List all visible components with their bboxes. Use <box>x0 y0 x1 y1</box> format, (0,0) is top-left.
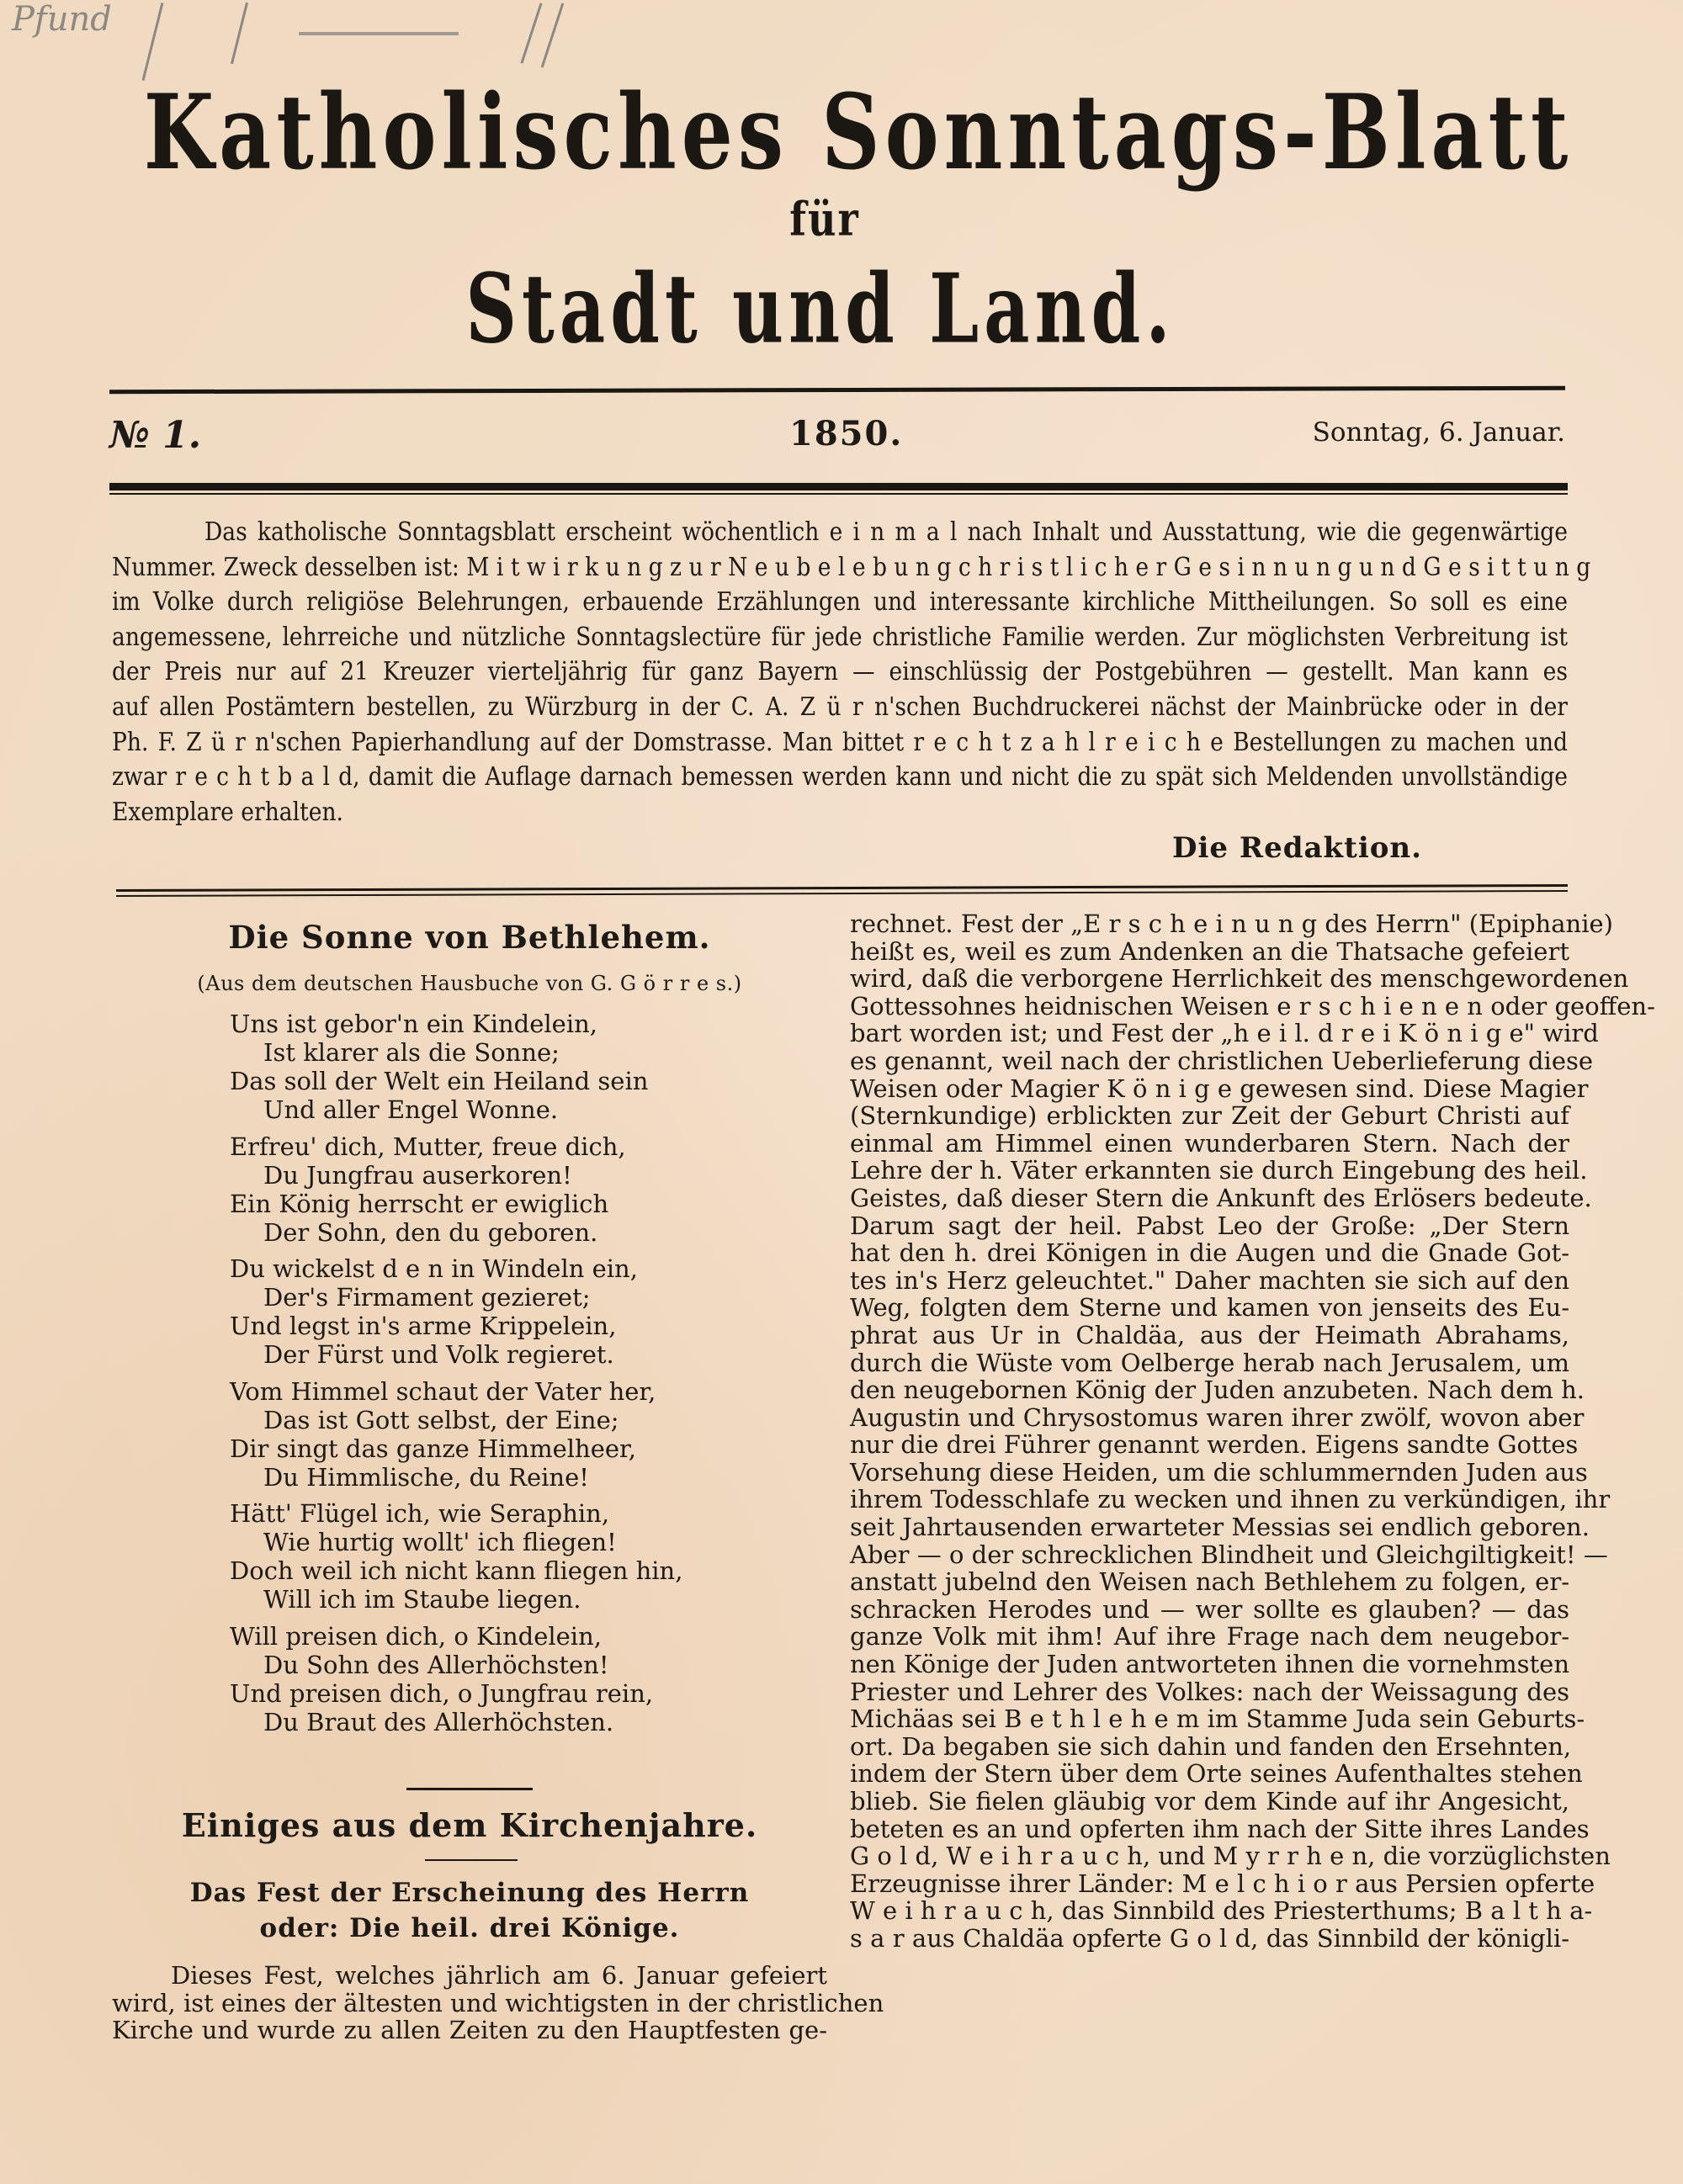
text-line: Geistes, daß dieser Stern die Ankunft de… <box>850 1185 1569 1212</box>
text-line: ganze Volk mit ihm! Auf ihre Frage nach … <box>850 1623 1569 1651</box>
verse-line: Der's Firmament gezieret; <box>230 1283 682 1312</box>
article-subtitle-line2: oder: Die heil. drei Könige. <box>112 1913 827 1943</box>
pencil-mark <box>541 3 565 67</box>
pencil-dash <box>299 32 459 35</box>
verse-line: Erfreu' dich, Mutter, freue dich, <box>230 1132 682 1161</box>
verse-line: Du wickelst d e n in Windeln ein, <box>230 1254 682 1283</box>
right-column: rechnet. Fest der „E r s c h e i n u n g… <box>850 910 1569 1953</box>
text-line: phrat aus Ur in Chaldäa, aus der Heimath… <box>850 1322 1569 1349</box>
short-divider <box>406 1788 533 1790</box>
text-line: schracken Herodes und — wer sollte es gl… <box>850 1596 1569 1624</box>
verse-line: Will preisen dich, o Kindelein, <box>230 1622 682 1651</box>
issue-year: 1850. <box>789 414 903 453</box>
text-line: Aber — o der schrecklichen Blindheit und… <box>850 1541 1569 1569</box>
text-line: blieb. Sie fielen gläubig vor dem Kinde … <box>850 1788 1569 1816</box>
text-line: durch die Wüste vom Oelberge herab nach … <box>850 1349 1569 1377</box>
masthead-title: Katholisches Sonntags-Blatt <box>17 72 1683 193</box>
text-line: beteten es an und opferten ihm nach der … <box>850 1816 1569 1843</box>
text-line: (Sternkundige) erblickten zur Zeit der G… <box>850 1102 1569 1130</box>
pencil-scribble: Pfund <box>12 0 112 39</box>
verse-line: Und legst in's arme Krippelein, <box>230 1312 682 1340</box>
masthead-fuer: für <box>0 192 1666 246</box>
intro-line: Ph. F. Z ü r n'schen Papierhandlung auf … <box>112 725 1568 761</box>
poem-stanza: Vom Himmel schaut der Vater her, Das ist… <box>230 1377 682 1492</box>
section-title: Einiges aus dem Kirchenjahre. <box>112 1806 827 1844</box>
verse-line: Du Braut des Allerhöchsten. <box>230 1708 682 1736</box>
intro-line: Das katholische Sonntagsblatt erscheint … <box>112 515 1568 550</box>
verse-line: Der Sohn, den du geboren. <box>230 1218 682 1247</box>
text-line: ort. Da begaben sie sich dahin und fande… <box>850 1733 1569 1761</box>
short-divider <box>425 1859 518 1861</box>
text-line: ihrem Todesschlafe zu wecken und ihnen z… <box>850 1486 1569 1513</box>
text-line: hat den h. drei Königen in die Augen und… <box>850 1239 1569 1267</box>
poem-stanza: Erfreu' dich, Mutter, freue dich, Du Jun… <box>230 1132 682 1247</box>
pencil-mark <box>142 3 164 81</box>
text-line: Weisen oder Magier K ö n i g e gewesen s… <box>850 1075 1569 1103</box>
masthead-subtitle: Stadt und Land. <box>0 252 1662 365</box>
article-subtitle-line1: Das Fest der Erscheinung des Herrn <box>112 1878 827 1908</box>
verse-line: Ein König herrscht er ewiglich <box>230 1190 682 1218</box>
poem-body: Uns ist gebor'n ein Kindelein, Ist klare… <box>230 1010 682 1744</box>
verse-line: Der Fürst und Volk regieret. <box>230 1340 682 1369</box>
text-line: rechnet. Fest der „E r s c h e i n u n g… <box>850 910 1569 938</box>
text-line: W e i h r a u c h, das Sinnbild des Prie… <box>850 1897 1569 1925</box>
section-rule-lower <box>116 890 1568 897</box>
poem-stanza: Du wickelst d e n in Windeln ein, Der's … <box>230 1254 682 1369</box>
verse-line: Wie hurtig wollt' ich fliegen! <box>230 1528 682 1556</box>
issue-info-row: № 1. 1850. Sonntag, 6. Januar. <box>109 414 1565 464</box>
intro-line: angemessene, lehrreiche und nützliche So… <box>112 620 1568 655</box>
text-line: Gottessohnes heidnischen Weisen e r s c … <box>850 993 1569 1020</box>
masthead-bottom-thin-rule <box>109 493 1568 495</box>
pencil-mark <box>231 3 248 64</box>
text-line: seit Jahrtausenden erwarteter Messias se… <box>850 1513 1569 1541</box>
text-line: Lehre der h. Väter erkannten sie durch E… <box>850 1157 1569 1185</box>
verse-line: Doch weil ich nicht kann fliegen hin, <box>230 1556 682 1585</box>
text-line: Dieses Fest, welches jährlich am 6. Janu… <box>112 1962 827 1990</box>
text-line: bart worden ist; und Fest der „h e i l. … <box>850 1020 1569 1047</box>
text-line: einmal am Himmel einen wunderbaren Stern… <box>850 1130 1569 1158</box>
verse-line: Das soll der Welt ein Heiland sein <box>230 1067 682 1095</box>
pencil-mark <box>520 3 542 63</box>
text-line: nen Könige der Juden antworteten ihnen d… <box>850 1651 1569 1678</box>
text-line: nur die drei Führer genannt werden. Eige… <box>850 1431 1569 1459</box>
intro-line: der Preis nur auf 21 Kreuzer vierteljähr… <box>112 655 1568 690</box>
text-line: Priester und Lehrer des Volkes: nach der… <box>850 1678 1569 1706</box>
verse-line: Und preisen dich, o Jungfrau rein, <box>230 1679 682 1708</box>
verse-line: Will ich im Staube liegen. <box>230 1585 682 1614</box>
intro-line: auf allen Postämtern bestellen, zu Würzb… <box>112 690 1568 725</box>
text-line: G o l d, W e i h r a u c h, und M y r r … <box>850 1842 1569 1870</box>
text-line: anstatt jubelnd den Weisen nach Bethlehe… <box>850 1568 1569 1596</box>
poem-stanza: Will preisen dich, o Kindelein, Du Sohn … <box>230 1622 682 1736</box>
poem-stanza: Hätt' Flügel ich, wie Seraphin, Wie hurt… <box>230 1499 682 1614</box>
intro-notice: Das katholische Sonntagsblatt erscheint … <box>112 515 1568 830</box>
text-line: es genannt, weil nach der christlichen U… <box>850 1047 1569 1075</box>
text-line: Darum sagt der heil. Pabst Leo der Große… <box>850 1212 1569 1240</box>
text-line: tes in's Herz geleuchtet." Daher machten… <box>850 1267 1569 1295</box>
verse-line: Vom Himmel schaut der Vater her, <box>230 1377 682 1406</box>
intro-line: Nummer. Zweck desselben ist: M i t w i r… <box>112 550 1568 586</box>
verse-line: Hätt' Flügel ich, wie Seraphin, <box>230 1499 682 1528</box>
masthead-bottom-thick-rule <box>109 483 1568 490</box>
poem-source: (Aus dem deutschen Hausbuche von G. G ö … <box>112 972 827 995</box>
verse-line: Das ist Gott selbst, der Eine; <box>230 1406 682 1434</box>
text-line: wird, ist eines der ältesten und wichtig… <box>112 1990 827 2017</box>
text-line: den neugebornen König der Juden anzubete… <box>850 1376 1569 1404</box>
issue-date: Sonntag, 6. Januar. <box>1313 417 1565 448</box>
intro-line: Exemplare erhalten. <box>112 795 1568 830</box>
poem-stanza: Uns ist gebor'n ein Kindelein, Ist klare… <box>230 1010 682 1124</box>
editorial-signature: Die Redaktion. <box>1172 831 1422 865</box>
masthead-top-rule <box>109 386 1565 395</box>
article-text-left: Dieses Fest, welches jährlich am 6. Janu… <box>112 1962 827 2044</box>
text-line: Weg, folgten dem Sterne und kamen von je… <box>850 1294 1569 1322</box>
verse-line: Uns ist gebor'n ein Kindelein, <box>230 1010 682 1038</box>
issue-number: № 1. <box>109 414 201 457</box>
text-line: s a r aus Chaldäa opferte G o l d, das S… <box>850 1925 1569 1953</box>
verse-line: Du Sohn des Allerhöchsten! <box>230 1651 682 1679</box>
verse-line: Und aller Engel Wonne. <box>230 1095 682 1124</box>
verse-line: Dir singt das ganze Himmelheer, <box>230 1434 682 1463</box>
text-line: Vorsehung diese Heiden, um die schlummer… <box>850 1459 1569 1487</box>
intro-line: im Volke durch religiöse Belehrungen, er… <box>112 585 1568 620</box>
text-line: Erzeugnisse ihrer Länder: M e l c h i o … <box>850 1870 1569 1898</box>
text-line: wird, daß die verborgene Herrlichkeit de… <box>850 965 1569 993</box>
verse-line: Du Himmlische, du Reine! <box>230 1463 682 1492</box>
text-line: indem der Stern über dem Orte seines Auf… <box>850 1760 1569 1788</box>
text-line: Michäas sei B e t h l e h e m im Stamme … <box>850 1705 1569 1733</box>
verse-line: Ist klarer als die Sonne; <box>230 1038 682 1067</box>
text-line: heißt es, weil es zum Andenken an die Th… <box>850 938 1569 966</box>
text-line: Kirche und wurde zu allen Zeiten zu den … <box>112 2017 827 2044</box>
intro-line: zwar r e c h t b a l d, damit die Auflag… <box>112 760 1568 795</box>
text-line: Augustin und Chrysostomus waren ihrer zw… <box>850 1404 1569 1432</box>
verse-line: Du Jungfrau auserkoren! <box>230 1161 682 1190</box>
poem-title: Die Sonne von Bethlehem. <box>112 919 827 956</box>
